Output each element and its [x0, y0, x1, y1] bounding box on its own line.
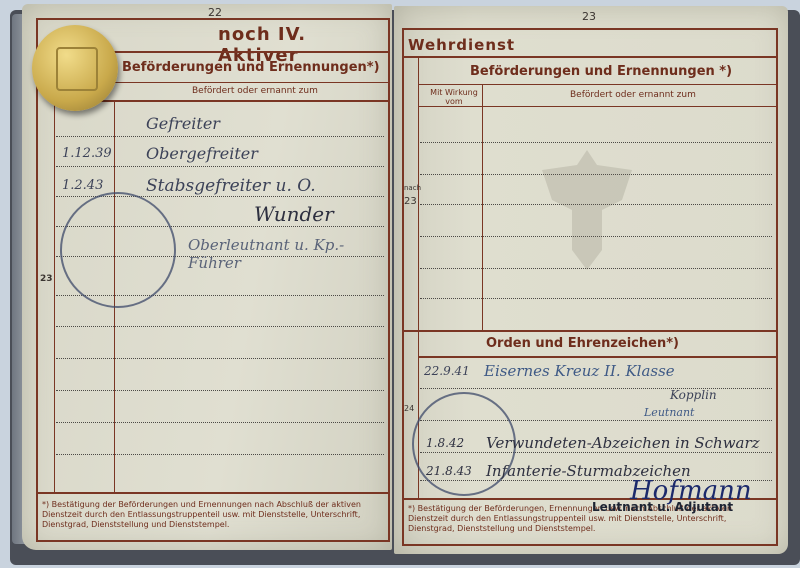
footnote: *) Bestätigung der Beförderungen und Ern… — [42, 500, 382, 530]
signature-title: Oberleutnant u. Kp.-Führer — [188, 236, 392, 272]
section-title: Beförderungen und Ernennungen*) — [122, 60, 380, 75]
award-signature-title: Leutnant — [644, 406, 694, 419]
ruled-line — [420, 298, 772, 299]
signature-title-stamp: Leutnant u. Adjutant — [592, 500, 733, 514]
decorations-title: Orden und Ehrenzeichen*) — [486, 336, 679, 351]
ruled-line — [56, 358, 384, 359]
margin-number: 23 — [40, 274, 53, 284]
ruled-line — [56, 166, 384, 167]
entry-date: 1.12.39 — [62, 146, 112, 161]
column-header: Mit Wirkung vom — [424, 88, 484, 106]
divider — [402, 330, 776, 332]
divider — [54, 100, 388, 102]
divider — [418, 356, 776, 358]
rank-entry: Stabsgefreiter u. O. — [146, 176, 316, 196]
rank-entry: Obergefreiter — [146, 144, 258, 163]
award-entry: Verwundeten-Abzeichen in Schwarz — [486, 434, 760, 452]
column-divider — [54, 100, 55, 492]
margin-number: 24 — [404, 404, 414, 413]
section-title: Beförderungen und Ernennungen *) — [470, 64, 732, 79]
margin-number: 23 — [404, 196, 417, 207]
ruled-line — [56, 136, 384, 137]
ruled-line — [56, 390, 384, 391]
divider — [36, 492, 388, 494]
coin-emblem — [56, 47, 98, 91]
award-entry: Eisernes Kreuz II. Klasse — [484, 362, 675, 380]
ruled-line — [420, 388, 772, 389]
award-date: 21.8.43 — [426, 464, 472, 478]
page-number: 23 — [582, 10, 596, 23]
column-header: Befördert oder ernannt zum — [192, 86, 318, 96]
rank-entry: Gefreiter — [146, 114, 220, 133]
signature: Wunder — [254, 202, 334, 226]
eagle-watermark-icon — [532, 140, 642, 280]
award-date: 22.9.41 — [424, 364, 470, 378]
ruled-line — [56, 454, 384, 455]
ruled-line — [56, 422, 384, 423]
divider — [82, 82, 388, 83]
divider — [418, 106, 776, 107]
divider — [402, 56, 776, 58]
ruled-line — [56, 326, 384, 327]
entry-date: 1.2.43 — [62, 178, 103, 193]
award-signature: Kopplin — [670, 388, 717, 402]
column-divider — [482, 84, 483, 330]
margin-label: nach — [404, 184, 421, 192]
award-date: 1.8.42 — [426, 436, 464, 450]
page-heading: Wehrdienst — [408, 36, 515, 54]
official-stamp — [60, 192, 176, 308]
divider — [418, 84, 776, 85]
right-page: 23 Wehrdienst Beförderungen und Ernennun… — [394, 6, 788, 554]
column-header: Befördert oder ernannt zum — [570, 90, 696, 100]
coin — [32, 25, 118, 111]
